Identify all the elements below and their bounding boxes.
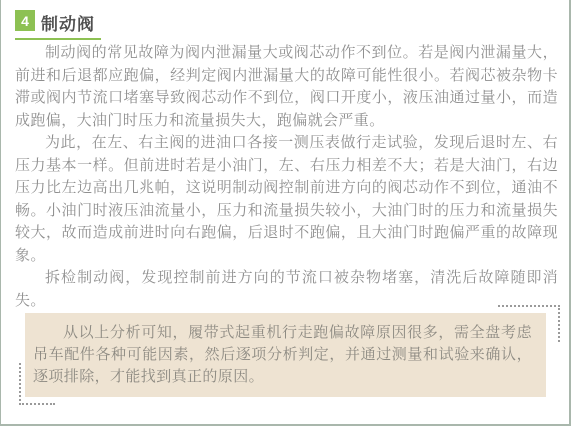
section-number-badge: 4 [15,10,35,31]
paragraph-2: 为此，在左、右主阀的进油口各接一测压表做行走试验，发现后退时左、右压力基本一样。… [15,132,558,267]
title-underline [15,38,101,40]
summary-note-text: 从以上分析可知，履带式起重机行走跑偏故障原因很多，需全盘考虑吊车配件各种可能因素… [33,322,532,388]
article-body: 制动阀的常见故障为阀内泄漏量大或阀芯动作不到位。若是阀内泄漏量大，前进和后退都应… [15,42,558,312]
document-page: 4 制动阀 制动阀的常见故障为阀内泄漏量大或阀芯动作不到位。若是阀内泄漏量大，前… [0,0,571,426]
section-title: 制动阀 [41,10,95,35]
paragraph-3: 拆检制动阀，发现控制前进方向的节流口被杂物堵塞，清洗后故障随即消失。 [15,267,558,312]
summary-note-box: 从以上分析可知，履带式起重机行走跑偏故障原因很多，需全盘考虑吊车配件各种可能因素… [25,313,546,397]
paragraph-1: 制动阀的常见故障为阀内泄漏量大或阀芯动作不到位。若是阀内泄漏量大，前进和后退都应… [15,42,558,132]
